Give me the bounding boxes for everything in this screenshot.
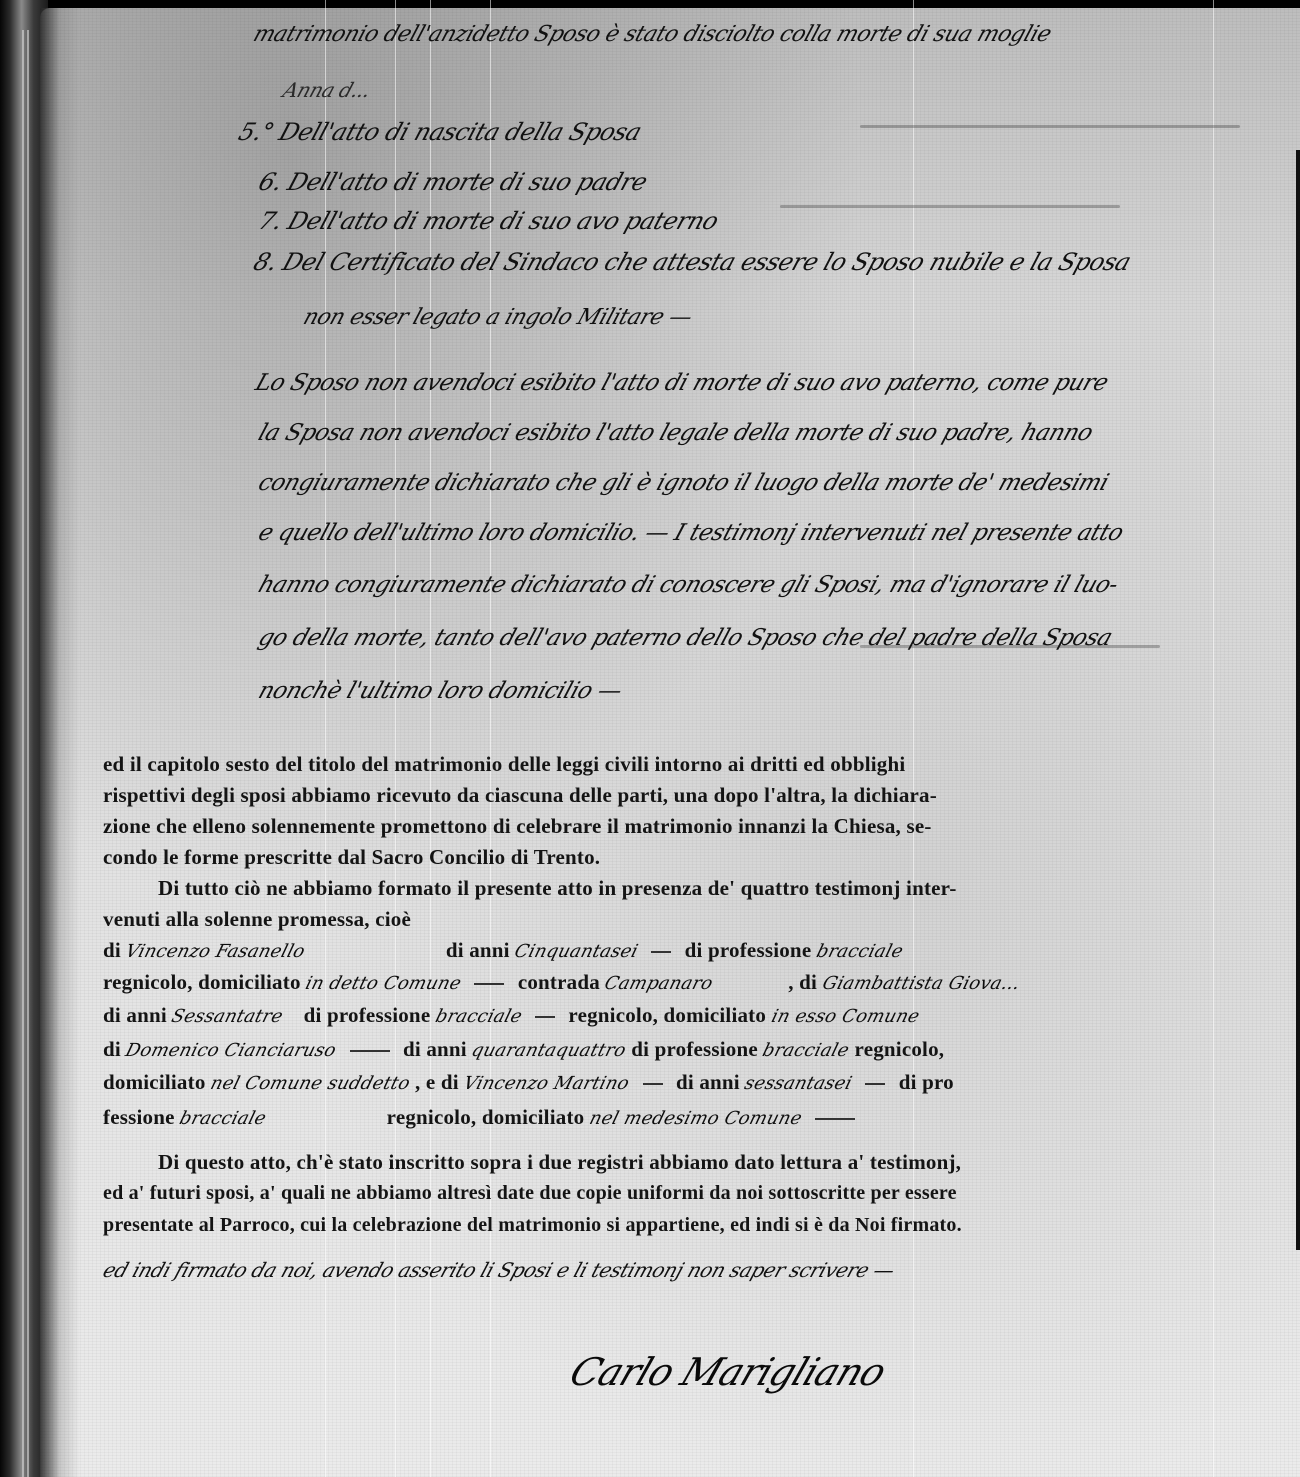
printed-line: rispettivi degli sposi abbiamo ricevuto … [103, 783, 937, 808]
witness-1-domicile: in detto Comune [303, 973, 463, 994]
witness-3-domicile: nel Comune suddetto [208, 1073, 412, 1094]
witness-4-domicile: nel medesimo Comune [587, 1108, 804, 1129]
note-line: e quello dell'ultimo loro domicilio. — I… [255, 520, 1126, 546]
witness-4-line: domiciliato nel Comune suddetto , e di V… [103, 1070, 954, 1095]
printed-line: ed il capitolo sesto del titolo del matr… [103, 752, 905, 777]
printed-line: presentate al Parroco, cui la celebrazio… [103, 1214, 962, 1237]
list-item-7: 7. Dell'atto di morte di suo avo paterno [255, 207, 722, 235]
witness-4-cont-line: fessione bracciale regnicolo, domiciliat… [103, 1105, 863, 1130]
signature: Carlo Marigliano [564, 1350, 892, 1394]
witness-3-name: Domenico Cianciaruso [124, 1040, 339, 1061]
item-text: Dell'atto di morte di suo padre [284, 168, 651, 196]
scan-artifact-line [1213, 0, 1214, 1477]
witness-2-profession: bracciale [433, 1006, 524, 1027]
scan-artifact-line [913, 0, 914, 1477]
witness-1-age: Cinquantasei [512, 941, 640, 962]
note-line: Lo Sposo non avendoci esibito l'atto di … [252, 370, 1111, 396]
note-line: go della morte, tanto dell'avo paterno d… [255, 625, 1115, 651]
witness-3-profession: bracciale [761, 1040, 852, 1061]
witness-1-domicile-line: regnicolo, domiciliato in detto Comune c… [103, 970, 1019, 995]
handwritten-addendum: ed indi firmato da noi, avendo asserito … [100, 1258, 898, 1282]
witness-1-profession: bracciale [814, 941, 905, 962]
witness-3-age: quarantaquattro [469, 1040, 628, 1061]
witness-4-profession: bracciale [177, 1108, 268, 1129]
witness-4-name: Vincenzo Martino [461, 1073, 631, 1094]
list-item-8: 8. Del Certificato del Sindaco che attes… [250, 248, 1134, 276]
list-item-8-continuation: non esser legato a ingolo Militare — [300, 305, 695, 330]
witness-4-age: sessantasei [742, 1073, 854, 1094]
printed-line: venuti alla solenne promessa, cioè [103, 907, 411, 932]
printed-line: condo le forme prescritte dal Sacro Conc… [103, 845, 600, 870]
printed-line: Di tutto ciò ne abbiamo formato il prese… [158, 876, 957, 901]
handwritten-line: Anna d... [280, 78, 374, 102]
list-item-5: 5.° Dell'atto di nascita della Sposa [235, 118, 645, 146]
binding-edge [27, 30, 29, 1477]
printed-line: ed a' futuri sposi, a' quali ne abbiamo … [103, 1182, 957, 1205]
list-item-6: 6. Dell'atto di morte di suo padre [255, 168, 651, 196]
witness-2-domicile: in esso Comune [769, 1006, 922, 1027]
bleed-through-line [860, 125, 1240, 128]
printed-line: Di questo atto, ch'è stato inscritto sop… [158, 1150, 961, 1175]
gutter-shadow [40, 8, 80, 1477]
printed-line: zione che elleno solennemente promettono… [103, 814, 932, 839]
witness-2-line: di anni Sessantatre di professione bracc… [103, 1003, 919, 1028]
witness-1-name: Vincenzo Fasanello [124, 941, 308, 962]
note-line: nonchè l'ultimo loro domicilio — [255, 678, 625, 704]
witness-1-contrada: Campanaro [603, 973, 716, 994]
item-text: Dell'atto di nascita della Sposa [276, 118, 645, 146]
witness-2-age: Sessantatre [169, 1006, 285, 1027]
note-line: la Sposa non avendoci esibito l'atto leg… [255, 420, 1096, 446]
note-line: congiuramente dichiarato che gli è ignot… [255, 470, 1112, 496]
witness-2-name: Giambattista Giova... [820, 973, 1022, 994]
bleed-through-line [780, 205, 1120, 208]
handwritten-line: matrimonio dell'anzidetto Sposo è stato … [250, 22, 1054, 47]
note-line: hanno congiuramente dichiarato di conosc… [255, 572, 1121, 598]
item-text: Dell'atto di morte di suo avo paterno [284, 207, 722, 235]
witness-3-line: di Domenico Cianciaruso di anni quaranta… [103, 1037, 944, 1062]
page-edge [1296, 150, 1300, 1250]
binding-edge [22, 30, 24, 1477]
witness-1-line: di Vincenzo Fasanello di anni Cinquantas… [103, 938, 903, 963]
item-text: Del Certificato del Sindaco che attesta … [279, 248, 1134, 276]
